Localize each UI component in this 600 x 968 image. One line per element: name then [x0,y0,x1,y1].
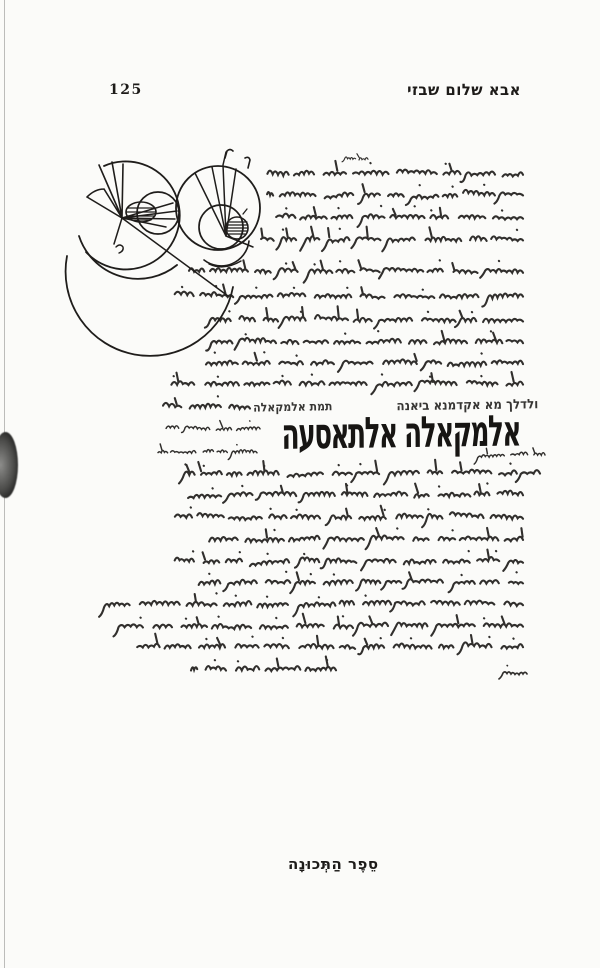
manuscript-line [342,154,368,162]
manuscript-line [158,444,257,459]
manuscript-line [191,657,336,671]
manuscript-line [267,161,523,182]
manuscript-line [175,506,523,528]
manuscript-line [189,260,523,282]
manuscript-line [171,372,523,394]
manuscript-line [199,572,523,593]
manuscript-line [166,421,260,433]
manuscript-line [276,206,523,227]
manuscript-line [137,634,523,655]
manuscript-line [206,352,523,372]
manuscript-line [205,306,523,328]
manuscript-line [261,227,523,252]
manuscript-line [267,184,523,205]
manuscript-page-scan: 125 אבא שלום שבזי [0,0,600,968]
book-title-caption: סֵפֶר הַתְּכוּנָה [288,855,379,873]
manuscript-line [474,448,545,464]
manuscript-line [113,614,523,637]
manuscript-line [175,550,523,571]
manuscript-line [499,666,527,679]
manuscript-line [206,331,523,351]
handwritten-text-lines [0,0,600,968]
manuscript-line [163,396,250,409]
manuscript-line [99,593,523,617]
manuscript-line [188,483,523,502]
manuscript-line [179,460,540,485]
manuscript-line [175,285,523,307]
manuscript-line [209,528,523,549]
